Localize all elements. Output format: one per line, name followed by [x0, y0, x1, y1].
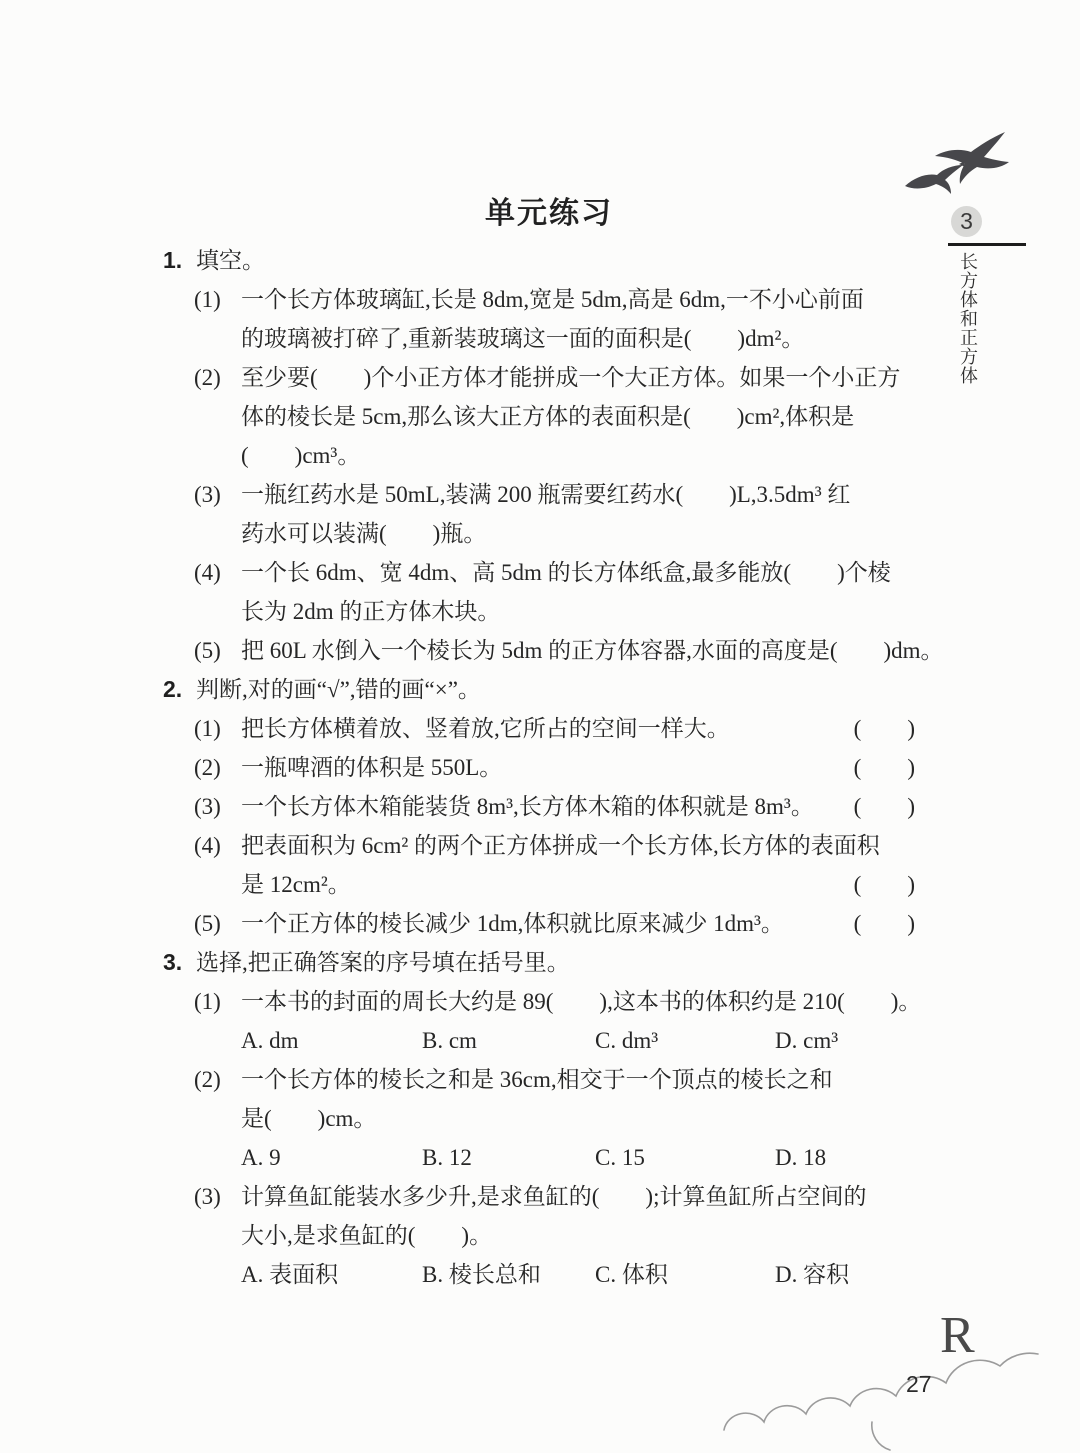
item-text: 是( )cm。 [241, 1099, 376, 1138]
item-text: 一本书的封面的周长大约是 89( ),这本书的体积约是 210( )。 [241, 982, 921, 1021]
item-text: 一个长方体的棱长之和是 36cm,相交于一个顶点的棱长之和 [241, 1060, 833, 1099]
item-body: 一瓶红药水是 50mL,装满 200 瓶需要红药水( )L,3.5dm³ 红药水… [241, 475, 935, 553]
option-a: A. 表面积 [241, 1255, 422, 1294]
item-text-line: 计算鱼缸能装水多少升,是求鱼缸的( );计算鱼缸所占空间的 [241, 1177, 935, 1216]
item-text: 一瓶啤酒的体积是 550L。 [241, 748, 502, 787]
option-c: C. 15 [595, 1138, 775, 1177]
cloud-scallops-icon [720, 1320, 1042, 1453]
question-number: 3. [163, 943, 196, 982]
question-item: (4)把表面积为 6cm² 的两个正方体拼成一个长方体,长方体的表面积是 12c… [194, 826, 935, 904]
item-body: 一本书的封面的周长大约是 89( ),这本书的体积约是 210( )。A. dm… [241, 982, 935, 1060]
item-text: 药水可以装满( )瓶。 [241, 514, 486, 553]
item-body: 至少要( )个小正方体才能拼成一个大正方体。如果一个小正方体的棱长是 5cm,那… [241, 358, 935, 475]
option-d: D. 容积 [775, 1255, 935, 1294]
question-item: (1)把长方体横着放、竖着放,它所占的空间一样大。( ) [194, 709, 935, 748]
item-text-line: 一个正方体的棱长减少 1dm,体积就比原来减少 1dm³。( ) [241, 904, 935, 943]
question-item: (3)一瓶红药水是 50mL,装满 200 瓶需要红药水( )L,3.5dm³ … [194, 475, 935, 553]
item-text-line: 一瓶红药水是 50mL,装满 200 瓶需要红药水( )L,3.5dm³ 红 [241, 475, 935, 514]
item-text-line: 是 12cm²。( ) [241, 865, 935, 904]
option-a: A. 9 [241, 1138, 422, 1177]
item-text-line: 把长方体横着放、竖着放,它所占的空间一样大。( ) [241, 709, 935, 748]
item-body: 一个长 6dm、宽 4dm、高 5dm 的长方体纸盒,最多能放( )个棱长为 2… [241, 553, 935, 631]
item-label: (4) [194, 826, 241, 904]
item-text: 一个长方体玻璃缸,长是 8dm,宽是 5dm,高是 6dm,一不小心前面 [241, 280, 864, 319]
item-body: 一个长方体木箱能装货 8m³,长方体木箱的体积就是 8m³。( ) [241, 787, 935, 826]
option-b: B. 12 [422, 1138, 595, 1177]
item-label: (3) [194, 787, 241, 826]
answer-blank: ( ) [854, 865, 935, 904]
item-label: (1) [194, 982, 241, 1060]
item-label: (5) [194, 631, 241, 670]
item-text: 是 12cm²。 [241, 865, 351, 904]
item-body: 计算鱼缸能装水多少升,是求鱼缸的( );计算鱼缸所占空间的大小,是求鱼缸的( )… [241, 1177, 935, 1294]
item-text: 体的棱长是 5cm,那么该大正方体的表面积是( )cm²,体积是 [241, 397, 854, 436]
question-1: 1.填空。(1)一个长方体玻璃缸,长是 8dm,宽是 5dm,高是 6dm,一不… [163, 241, 935, 670]
item-label: (3) [194, 475, 241, 553]
item-text-line: 一个长方体木箱能装货 8m³,长方体木箱的体积就是 8m³。( ) [241, 787, 935, 826]
item-text-line: 的玻璃被打碎了,重新装玻璃这一面的面积是( )dm²。 [241, 319, 935, 358]
item-text: 计算鱼缸能装水多少升,是求鱼缸的( );计算鱼缸所占空间的 [241, 1177, 866, 1216]
option-a: A. dm [241, 1021, 422, 1060]
item-body: 一个长方体的棱长之和是 36cm,相交于一个顶点的棱长之和是( )cm。A. 9… [241, 1060, 935, 1177]
item-text-line: 把 60L 水倒入一个棱长为 5dm 的正方体容器,水面的高度是( )dm。 [241, 631, 935, 670]
answer-blank: ( ) [854, 904, 935, 943]
item-text-line: 药水可以装满( )瓶。 [241, 514, 935, 553]
question-3: 3.选择,把正确答案的序号填在括号里。(1)一本书的封面的周长大约是 89( )… [163, 943, 935, 1294]
question-item: (2)一个长方体的棱长之和是 36cm,相交于一个顶点的棱长之和是( )cm。A… [194, 1060, 935, 1177]
question-item: (3)计算鱼缸能装水多少升,是求鱼缸的( );计算鱼缸所占空间的大小,是求鱼缸的… [194, 1177, 935, 1294]
item-label: (5) [194, 904, 241, 943]
unit-tab-divider [948, 243, 1026, 246]
question-item: (5)把 60L 水倒入一个棱长为 5dm 的正方体容器,水面的高度是( )dm… [194, 631, 935, 670]
answer-blank: ( ) [854, 787, 935, 826]
item-text-line: 一个长 6dm、宽 4dm、高 5dm 的长方体纸盒,最多能放( )个棱 [241, 553, 935, 592]
item-text: 把长方体横着放、竖着放,它所占的空间一样大。 [241, 709, 730, 748]
item-text-line: 一瓶啤酒的体积是 550L。( ) [241, 748, 935, 787]
question-prompt: 判断,对的画“√”,错的画“×”。 [196, 670, 935, 709]
item-text-line: 长为 2dm 的正方体木块。 [241, 592, 935, 631]
option-c: C. dm³ [595, 1021, 775, 1060]
question-2: 2.判断,对的画“√”,错的画“×”。(1)把长方体横着放、竖着放,它所占的空间… [163, 670, 935, 943]
flying-birds-icon [901, 126, 1019, 204]
question-head: 2.判断,对的画“√”,错的画“×”。 [163, 670, 935, 709]
item-text-line: 把表面积为 6cm² 的两个正方体拼成一个长方体,长方体的表面积 [241, 826, 935, 865]
item-text-line: 大小,是求鱼缸的( )。 [241, 1216, 935, 1255]
answer-blank: ( ) [854, 709, 935, 748]
question-head: 1.填空。 [163, 241, 935, 280]
item-text: ( )cm³。 [241, 436, 360, 475]
question-item: (4)一个长 6dm、宽 4dm、高 5dm 的长方体纸盒,最多能放( )个棱长… [194, 553, 935, 631]
item-text-line: 一个长方体的棱长之和是 36cm,相交于一个顶点的棱长之和 [241, 1060, 935, 1099]
item-text-line: 体的棱长是 5cm,那么该大正方体的表面积是( )cm²,体积是 [241, 397, 935, 436]
item-label: (1) [194, 709, 241, 748]
item-label: (1) [194, 280, 241, 358]
question-prompt: 填空。 [196, 241, 935, 280]
options-row: A. 表面积B. 棱长总和C. 体积D. 容积 [241, 1255, 935, 1294]
item-body: 把 60L 水倒入一个棱长为 5dm 的正方体容器,水面的高度是( )dm。 [241, 631, 935, 670]
item-text: 至少要( )个小正方体才能拼成一个大正方体。如果一个小正方 [241, 358, 900, 397]
item-text: 一个长 6dm、宽 4dm、高 5dm 的长方体纸盒,最多能放( )个棱 [241, 553, 891, 592]
item-text: 一瓶红药水是 50mL,装满 200 瓶需要红药水( )L,3.5dm³ 红 [241, 475, 850, 514]
publisher-r-mark: R [940, 1306, 975, 1365]
question-number: 1. [163, 241, 196, 280]
item-text: 一个正方体的棱长减少 1dm,体积就比原来减少 1dm³。 [241, 904, 784, 943]
item-body: 把表面积为 6cm² 的两个正方体拼成一个长方体,长方体的表面积是 12cm²。… [241, 826, 935, 904]
workbook-page: 单元练习 1.填空。(1)一个长方体玻璃缸,长是 8dm,宽是 5dm,高是 6… [0, 0, 1080, 1453]
item-body: 一个正方体的棱长减少 1dm,体积就比原来减少 1dm³。( ) [241, 904, 935, 943]
item-label: (4) [194, 553, 241, 631]
item-text-line: ( )cm³。 [241, 436, 935, 475]
item-text-line: 一本书的封面的周长大约是 89( ),这本书的体积约是 210( )。 [241, 982, 935, 1021]
item-text: 把 60L 水倒入一个棱长为 5dm 的正方体容器,水面的高度是( )dm。 [241, 631, 944, 670]
item-text-line: 至少要( )个小正方体才能拼成一个大正方体。如果一个小正方 [241, 358, 935, 397]
item-text: 一个长方体木箱能装货 8m³,长方体木箱的体积就是 8m³。 [241, 787, 814, 826]
item-body: 一个长方体玻璃缸,长是 8dm,宽是 5dm,高是 6dm,一不小心前面的玻璃被… [241, 280, 935, 358]
option-b: B. cm [422, 1021, 595, 1060]
question-item: (1)一个长方体玻璃缸,长是 8dm,宽是 5dm,高是 6dm,一不小心前面的… [194, 280, 935, 358]
item-text: 大小,是求鱼缸的( )。 [241, 1216, 492, 1255]
question-prompt: 选择,把正确答案的序号填在括号里。 [196, 943, 935, 982]
item-body: 一瓶啤酒的体积是 550L。( ) [241, 748, 935, 787]
item-text: 把表面积为 6cm² 的两个正方体拼成一个长方体,长方体的表面积 [241, 826, 880, 865]
item-label: (2) [194, 358, 241, 475]
item-body: 把长方体横着放、竖着放,它所占的空间一样大。( ) [241, 709, 935, 748]
item-label: (2) [194, 748, 241, 787]
unit-number-badge: 3 [951, 206, 982, 237]
option-d: D. cm³ [775, 1021, 935, 1060]
question-item: (2)一瓶啤酒的体积是 550L。( ) [194, 748, 935, 787]
question-item: (5)一个正方体的棱长减少 1dm,体积就比原来减少 1dm³。( ) [194, 904, 935, 943]
item-text: 的玻璃被打碎了,重新装玻璃这一面的面积是( )dm²。 [241, 319, 804, 358]
options-row: A. 9B. 12C. 15D. 18 [241, 1138, 935, 1177]
option-d: D. 18 [775, 1138, 935, 1177]
page-title: 单元练习 [163, 188, 935, 232]
item-text-line: 是( )cm。 [241, 1099, 935, 1138]
page-number: 27 [906, 1371, 932, 1398]
questions-area: 1.填空。(1)一个长方体玻璃缸,长是 8dm,宽是 5dm,高是 6dm,一不… [163, 241, 935, 1294]
item-label: (2) [194, 1060, 241, 1177]
option-b: B. 棱长总和 [422, 1255, 595, 1294]
question-item: (1)一本书的封面的周长大约是 89( ),这本书的体积约是 210( )。A.… [194, 982, 935, 1060]
unit-title-vertical: 长方体和正方体 [955, 252, 981, 402]
question-item: (3)一个长方体木箱能装货 8m³,长方体木箱的体积就是 8m³。( ) [194, 787, 935, 826]
question-item: (2)至少要( )个小正方体才能拼成一个大正方体。如果一个小正方体的棱长是 5c… [194, 358, 935, 475]
item-text: 长为 2dm 的正方体木块。 [241, 592, 500, 631]
question-head: 3.选择,把正确答案的序号填在括号里。 [163, 943, 935, 982]
answer-blank: ( ) [854, 748, 935, 787]
item-text-line: 一个长方体玻璃缸,长是 8dm,宽是 5dm,高是 6dm,一不小心前面 [241, 280, 935, 319]
option-c: C. 体积 [595, 1255, 775, 1294]
item-label: (3) [194, 1177, 241, 1294]
options-row: A. dmB. cmC. dm³D. cm³ [241, 1021, 935, 1060]
question-number: 2. [163, 670, 196, 709]
